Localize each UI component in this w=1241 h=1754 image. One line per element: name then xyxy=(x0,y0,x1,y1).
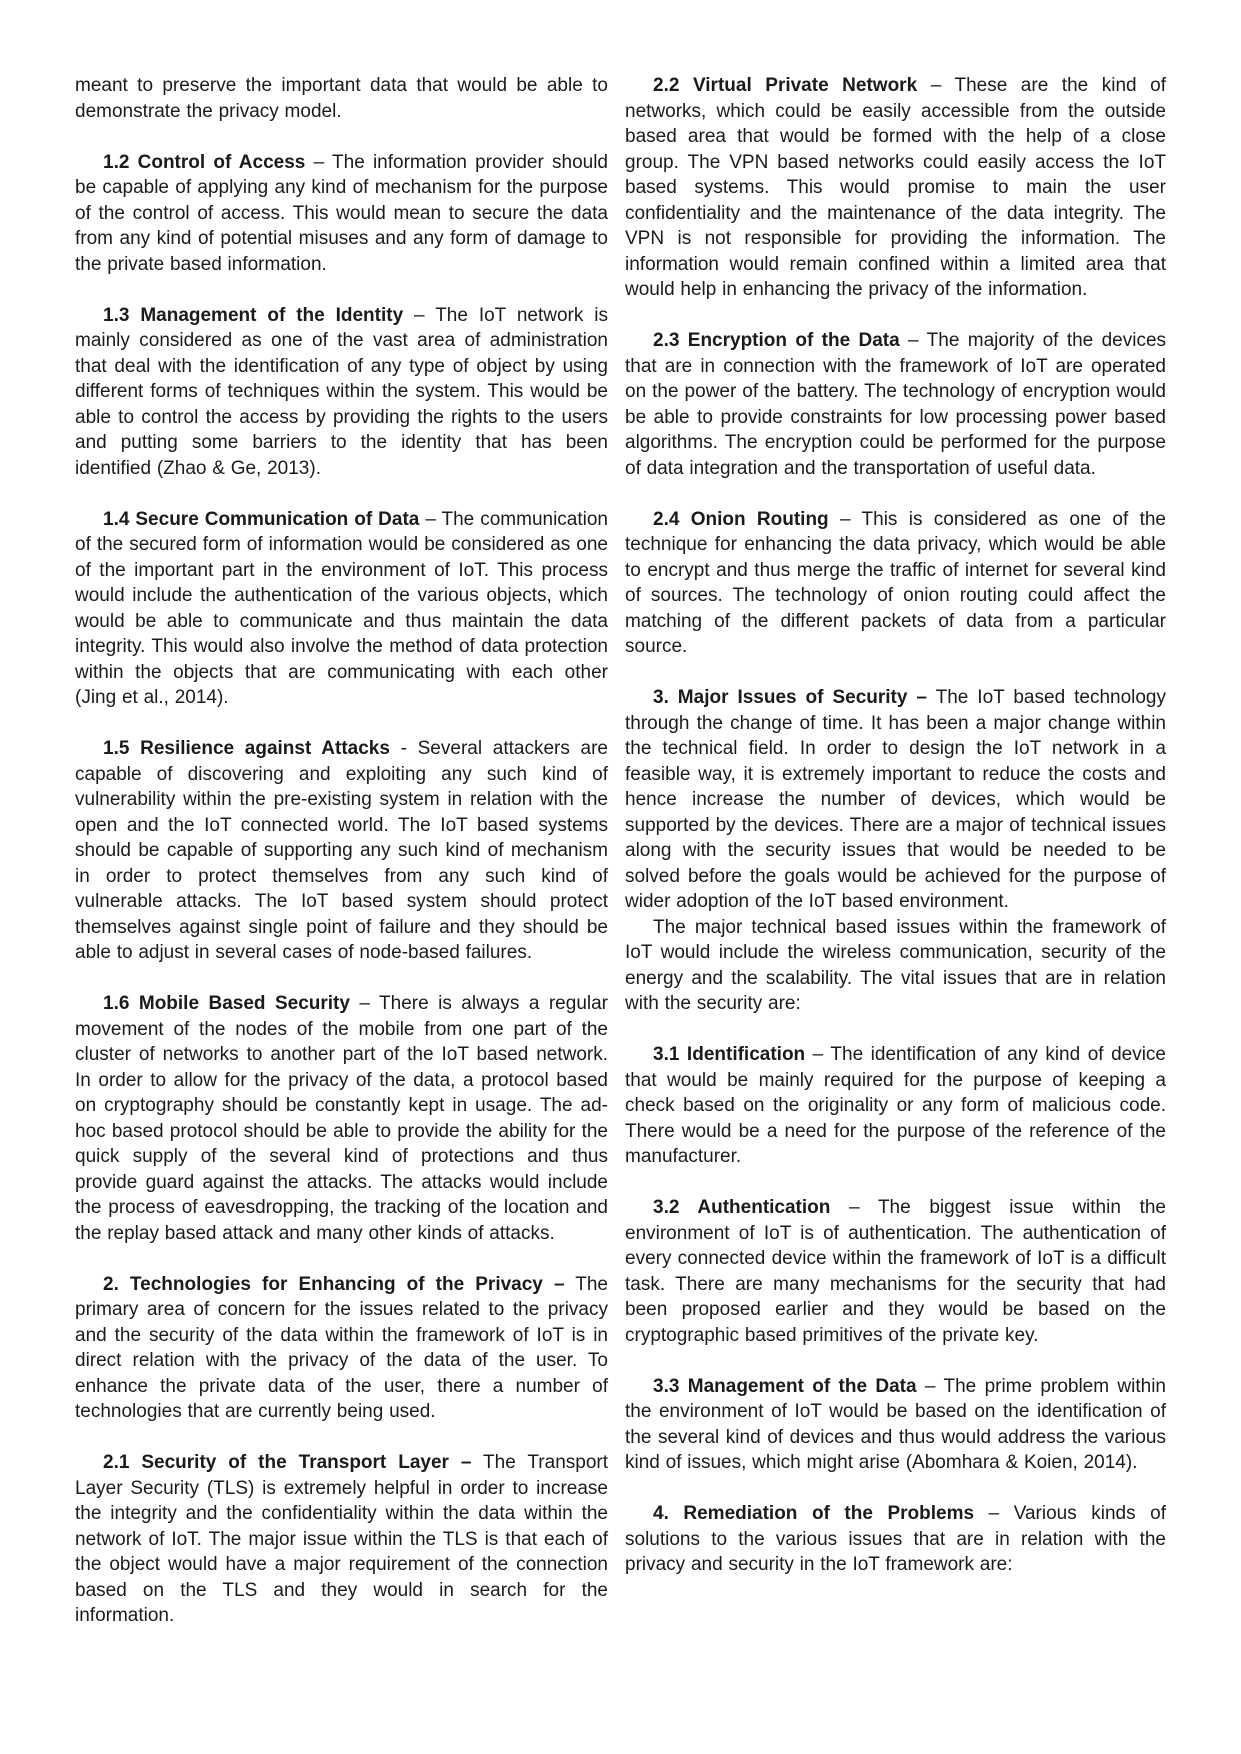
section-3-major-issues-of-security: 3. Major Issues of Security – The IoT ba… xyxy=(625,685,1166,915)
section-4-remediation-of-problems: 4. Remediation of the Problems – Various… xyxy=(625,1501,1166,1578)
section-2-1-transport-layer-security: 2.1 Security of the Transport Layer – Th… xyxy=(75,1450,608,1629)
section-1-2-control-of-access: 1.2 Control of Access – The information … xyxy=(75,150,608,278)
section-2-technologies-enhancing-privacy: 2. Technologies for Enhancing of the Pri… xyxy=(75,1272,608,1425)
section-heading: 1.4 Secure Communication of Data xyxy=(103,509,419,530)
paragraph-text: – The majority of the devices that are i… xyxy=(625,330,1166,479)
paragraph-text: - Several attackers are capable of disco… xyxy=(75,738,608,963)
section-3-2-authentication: 3.2 Authentication – The biggest issue w… xyxy=(625,1195,1166,1348)
paragraph-text: The IoT based technology through the cha… xyxy=(625,687,1166,912)
section-heading: 3. Major Issues of Security – xyxy=(653,687,927,708)
section-2-4-onion-routing: 2.4 Onion Routing – This is considered a… xyxy=(625,507,1166,660)
paragraph-continuation-privacy-model: meant to preserve the important data tha… xyxy=(75,73,608,124)
section-1-5-resilience-against-attacks: 1.5 Resilience against Attacks - Several… xyxy=(75,736,608,966)
document-page: meant to preserve the important data tha… xyxy=(0,0,1241,1754)
paragraph-text: The Transport Layer Security (TLS) is ex… xyxy=(75,1452,608,1626)
paragraph-text: – This is considered as one of the techn… xyxy=(625,509,1166,658)
paragraph-text: – The biggest issue within the environme… xyxy=(625,1197,1166,1346)
section-2-3-encryption-of-data: 2.3 Encryption of the Data – The majorit… xyxy=(625,328,1166,481)
section-1-3-management-of-identity: 1.3 Management of the Identity – The IoT… xyxy=(75,303,608,482)
section-1-6-mobile-based-security: 1.6 Mobile Based Security – There is alw… xyxy=(75,991,608,1246)
paragraph-major-technical-issues: The major technical based issues within … xyxy=(625,915,1166,1017)
section-heading: 1.3 Management of the Identity xyxy=(103,305,403,326)
section-heading: 2.3 Encryption of the Data xyxy=(653,330,900,351)
section-3-1-identification: 3.1 Identification – The identification … xyxy=(625,1042,1166,1170)
paragraph-text: – The communication of the secured form … xyxy=(75,509,608,709)
paragraph-text: meant to preserve the important data tha… xyxy=(75,75,608,122)
section-heading: 2.2 Virtual Private Network xyxy=(653,75,917,96)
section-heading: 2. Technologies for Enhancing of the Pri… xyxy=(103,1274,565,1295)
section-2-2-virtual-private-network: 2.2 Virtual Private Network – These are … xyxy=(625,73,1166,303)
section-heading: 2.1 Security of the Transport Layer – xyxy=(103,1452,471,1473)
section-1-4-secure-communication: 1.4 Secure Communication of Data – The c… xyxy=(75,507,608,711)
section-heading: 3.1 Identification xyxy=(653,1044,805,1065)
section-3-3-management-of-data: 3.3 Management of the Data – The prime p… xyxy=(625,1374,1166,1476)
section-heading: 4. Remediation of the Problems xyxy=(653,1503,974,1524)
section-heading: 3.3 Management of the Data xyxy=(653,1376,917,1397)
section-heading: 2.4 Onion Routing xyxy=(653,509,829,530)
section-heading: 3.2 Authentication xyxy=(653,1197,830,1218)
paragraph-text: The primary area of concern for the issu… xyxy=(75,1274,608,1423)
section-heading: 1.6 Mobile Based Security xyxy=(103,993,350,1014)
section-heading: 1.5 Resilience against Attacks xyxy=(103,738,390,759)
paragraph-text: – There is always a regular movement of … xyxy=(75,993,608,1244)
section-heading: 1.2 Control of Access xyxy=(103,152,305,173)
paragraph-text: – These are the kind of networks, which … xyxy=(625,75,1166,300)
left-column: meant to preserve the important data tha… xyxy=(75,73,608,1714)
right-column: 2.2 Virtual Private Network – These are … xyxy=(625,73,1166,1714)
paragraph-text: – The IoT network is mainly considered a… xyxy=(75,305,608,479)
paragraph-text: The major technical based issues within … xyxy=(625,917,1166,1015)
